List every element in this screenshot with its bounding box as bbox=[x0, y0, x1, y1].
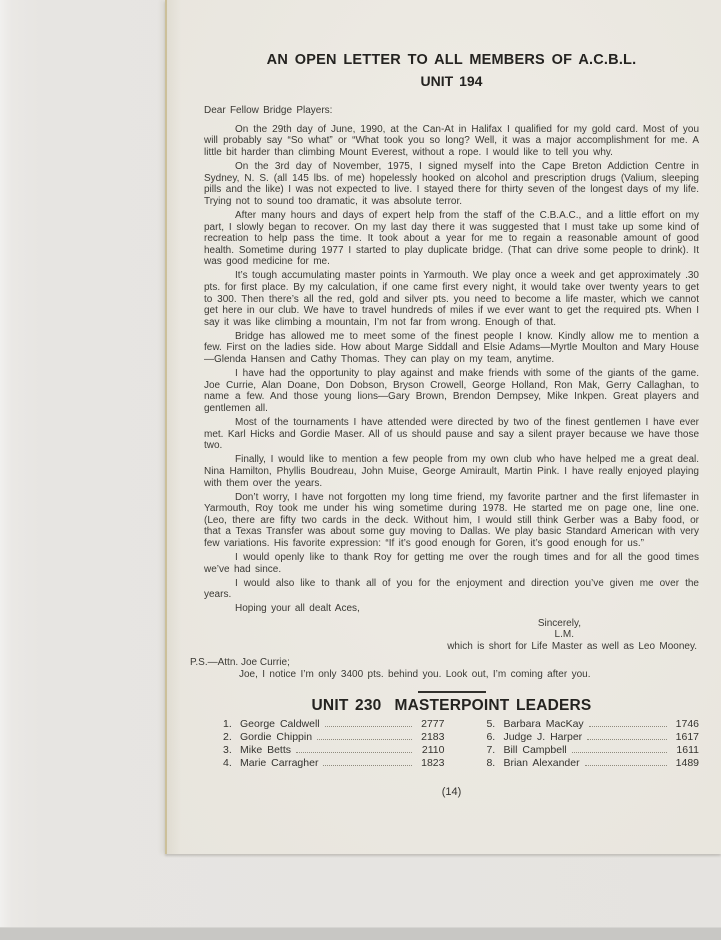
paragraph-thank-all: I would also like to thank all of you fo… bbox=[204, 578, 699, 601]
leader-row: 2.Gordie Chippin2183 bbox=[223, 731, 444, 744]
leader-name: Brian Alexander bbox=[503, 757, 579, 770]
leader-row: 8.Brian Alexander1489 bbox=[486, 757, 699, 770]
salutation: Dear Fellow Bridge Players: bbox=[204, 105, 699, 117]
dot-leader bbox=[317, 739, 412, 740]
page-number: (14) bbox=[204, 787, 699, 799]
leader-name: Bill Campbell bbox=[503, 744, 566, 757]
leader-points: 2110 bbox=[416, 744, 444, 757]
paragraph-finest-people: Bridge has allowed me to meet some of th… bbox=[204, 331, 699, 366]
paragraph-tournament-directors: Most of the tournaments I have attended … bbox=[204, 417, 699, 452]
paragraph-gold-card: On the 29th day of June, 1990, at the Ca… bbox=[204, 124, 699, 159]
leader-rank: 1. bbox=[223, 718, 240, 731]
leader-name: Barbara MacKay bbox=[503, 718, 583, 731]
letter-content: AN OPEN LETTER TO ALL MEMBERS OF A.C.B.L… bbox=[167, 0, 721, 799]
leader-points: 1617 bbox=[671, 731, 699, 744]
postscript-attn: P.S.—Attn. Joe Currie; bbox=[190, 657, 699, 669]
signature-block: Sincerely, L.M. which is short for Life … bbox=[204, 618, 699, 653]
leader-rank: 5. bbox=[486, 718, 503, 731]
dot-leader bbox=[323, 765, 412, 766]
leader-row: 3.Mike Betts2110 bbox=[223, 744, 444, 757]
leader-points: 1823 bbox=[416, 757, 444, 770]
leader-points: 2777 bbox=[416, 718, 444, 731]
paragraph-recovery: After many hours and days of expert help… bbox=[204, 210, 699, 268]
scanner-bed-strip bbox=[0, 927, 721, 940]
leader-points: 2183 bbox=[416, 731, 444, 744]
paragraph-own-club: Finally, I would like to mention a few p… bbox=[204, 454, 699, 489]
leader-row: 1.George Caldwell2777 bbox=[223, 718, 444, 731]
leaders-heading-title: MASTERPOINT LEADERS bbox=[394, 697, 591, 714]
dot-leader bbox=[296, 752, 412, 753]
leader-name: Judge J. Harper bbox=[503, 731, 582, 744]
dot-leader bbox=[572, 752, 667, 753]
letter-subtitle: UNIT 194 bbox=[204, 76, 699, 88]
dot-leader bbox=[325, 726, 413, 727]
dot-leader bbox=[589, 726, 667, 727]
leaders-column-left: 1.George Caldwell2777 2.Gordie Chippin21… bbox=[223, 718, 444, 770]
leaders-column-right: 5.Barbara MacKay1746 6.Judge J. Harper16… bbox=[486, 718, 699, 770]
dot-leader bbox=[585, 765, 667, 766]
closing-line: Hoping your all dealt Aces, bbox=[204, 603, 699, 615]
leader-points: 1489 bbox=[671, 757, 699, 770]
scanned-newsletter-spread: AN OPEN LETTER TO ALL MEMBERS OF A.C.B.L… bbox=[0, 0, 721, 940]
masterpoint-leaders-table: 1.George Caldwell2777 2.Gordie Chippin21… bbox=[223, 718, 699, 770]
paragraph-thank-roy: I would openly like to thank Roy for get… bbox=[204, 552, 699, 575]
leader-row: 5.Barbara MacKay1746 bbox=[486, 718, 699, 731]
leader-rank: 3. bbox=[223, 744, 240, 757]
section-divider-rule bbox=[418, 691, 486, 693]
leader-name: Gordie Chippin bbox=[240, 731, 312, 744]
leader-rank: 2. bbox=[223, 731, 240, 744]
postscript-message: Joe, I notice I’m only 3400 pts. behind … bbox=[190, 669, 699, 681]
postscript-block: P.S.—Attn. Joe Currie; Joe, I notice I’m… bbox=[190, 657, 699, 680]
leader-row: 4.Marie Carragher1823 bbox=[223, 757, 444, 770]
leaders-heading: UNIT 230MASTERPOINT LEADERS bbox=[204, 700, 699, 712]
letter-title: AN OPEN LETTER TO ALL MEMBERS OF A.C.B.L… bbox=[204, 55, 699, 67]
leader-name: George Caldwell bbox=[240, 718, 320, 731]
paragraph-roy-partner: Don’t worry, I have not forgotten my lon… bbox=[204, 492, 699, 550]
leader-name: Marie Carragher bbox=[240, 757, 318, 770]
leader-rank: 8. bbox=[486, 757, 503, 770]
leader-rank: 6. bbox=[486, 731, 503, 744]
leader-row: 6.Judge J. Harper1617 bbox=[486, 731, 699, 744]
leader-row: 7.Bill Campbell1611 bbox=[486, 744, 699, 757]
paragraph-addiction-centre: On the 3rd day of November, 1975, I sign… bbox=[204, 161, 699, 207]
leader-name: Mike Betts bbox=[240, 744, 291, 757]
signature-sincerely: Sincerely, bbox=[204, 618, 699, 630]
leaders-heading-unit: UNIT 230 bbox=[312, 697, 382, 714]
leader-points: 1611 bbox=[671, 744, 699, 757]
leader-rank: 4. bbox=[223, 757, 240, 770]
leader-points: 1746 bbox=[671, 718, 699, 731]
signature-note: which is short for Life Master as well a… bbox=[204, 641, 699, 653]
leader-rank: 7. bbox=[486, 744, 503, 757]
signature-initials: L.M. bbox=[204, 629, 699, 641]
letter-page: AN OPEN LETTER TO ALL MEMBERS OF A.C.B.L… bbox=[165, 0, 721, 854]
paragraph-giants-of-game: I have had the opportunity to play again… bbox=[204, 368, 699, 414]
dot-leader bbox=[587, 739, 667, 740]
paragraph-master-points: It’s tough accumulating master points in… bbox=[204, 270, 699, 328]
